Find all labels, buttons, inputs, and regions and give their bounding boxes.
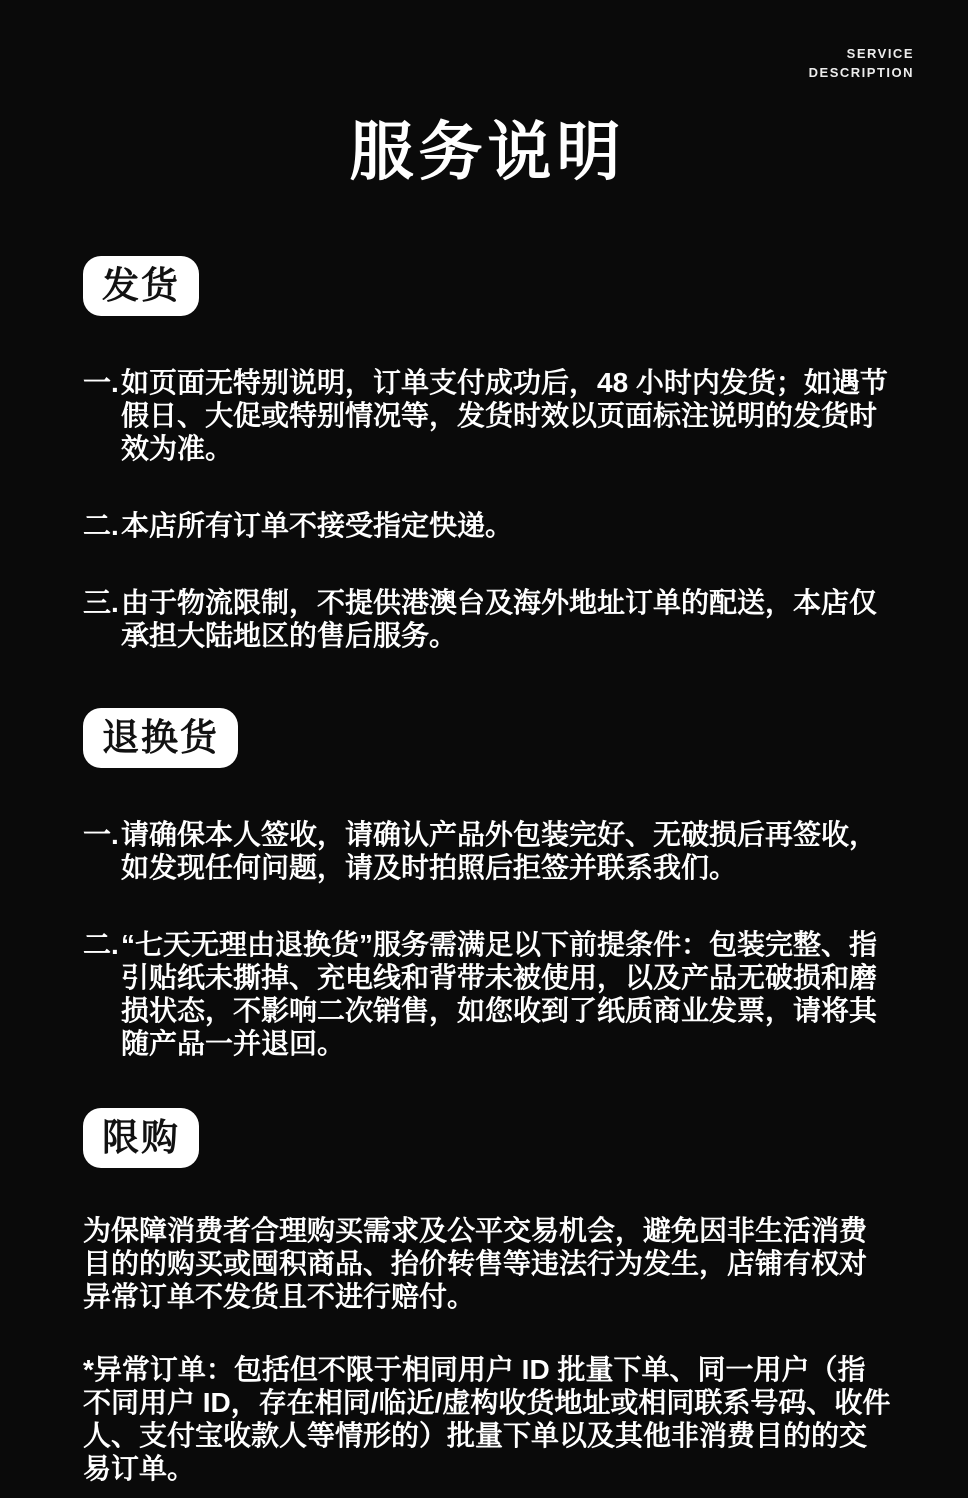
returns-badge: 退换货 <box>83 708 238 768</box>
section-purchase-limit: 限购 为保障消费者合理购买需求及公平交易机会，避免因非生活消费目的的购买或囤积商… <box>83 1060 892 1485</box>
list-item: 二. “七天无理由退换货”服务需满足以下前提条件：包装完整、指引贴纸未撕掉、充电… <box>83 928 892 1060</box>
item-marker: 一. <box>83 818 121 851</box>
purchase-limit-paragraph: 为保障消费者合理购买需求及公平交易机会，避免因非生活消费目的的购买或囤积商品、抬… <box>83 1214 892 1313</box>
returns-item-list: 一. 请确保本人签收，请确认产品外包装完好、无破损后再签收，如发现任何问题，请及… <box>83 818 892 1060</box>
item-marker: 三. <box>83 586 121 619</box>
shipping-item-list: 一. 如页面无特别说明，订单支付成功后，48 小时内发货；如遇节假日、大促或特别… <box>83 366 892 652</box>
item-marker: 二. <box>83 928 121 961</box>
list-item: 一. 请确保本人签收，请确认产品外包装完好、无破损后再签收，如发现任何问题，请及… <box>83 818 892 884</box>
page-title: 服务说明 <box>83 118 892 186</box>
abnormal-order-note: *异常订单：包括但不限于相同用户 ID 批量下单、同一用户（指不同用户 ID，存… <box>83 1353 892 1485</box>
purchase-limit-badge: 限购 <box>83 1108 199 1168</box>
eyebrow-line-1: SERVICE <box>809 44 914 63</box>
shipping-badge: 发货 <box>83 256 199 316</box>
item-marker: 一. <box>83 366 121 399</box>
list-item: 三. 由于物流限制，不提供港澳台及海外地址订单的配送，本店仅承担大陆地区的售后服… <box>83 586 892 652</box>
item-text: 由于物流限制，不提供港澳台及海外地址订单的配送，本店仅承担大陆地区的售后服务。 <box>121 586 892 652</box>
eyebrow-label: SERVICE DESCRIPTION <box>809 44 914 82</box>
item-text: 如页面无特别说明，订单支付成功后，48 小时内发货；如遇节假日、大促或特别情况等… <box>121 366 892 465</box>
eyebrow-line-2: DESCRIPTION <box>809 63 914 82</box>
section-shipping: 发货 一. 如页面无特别说明，订单支付成功后，48 小时内发货；如遇节假日、大促… <box>83 186 892 652</box>
item-text: “七天无理由退换货”服务需满足以下前提条件：包装完整、指引贴纸未撕掉、充电线和背… <box>121 928 892 1060</box>
item-marker: 二. <box>83 509 121 542</box>
list-item: 二. 本店所有订单不接受指定快递。 <box>83 509 892 542</box>
list-item: 一. 如页面无特别说明，订单支付成功后，48 小时内发货；如遇节假日、大促或特别… <box>83 366 892 465</box>
item-text: 本店所有订单不接受指定快递。 <box>121 509 892 542</box>
item-text: 请确保本人签收，请确认产品外包装完好、无破损后再签收，如发现任何问题，请及时拍照… <box>121 818 892 884</box>
section-returns: 退换货 一. 请确保本人签收，请确认产品外包装完好、无破损后再签收，如发现任何问… <box>83 652 892 1060</box>
service-description-page: SERVICE DESCRIPTION 服务说明 发货 一. 如页面无特别说明，… <box>0 0 968 1498</box>
